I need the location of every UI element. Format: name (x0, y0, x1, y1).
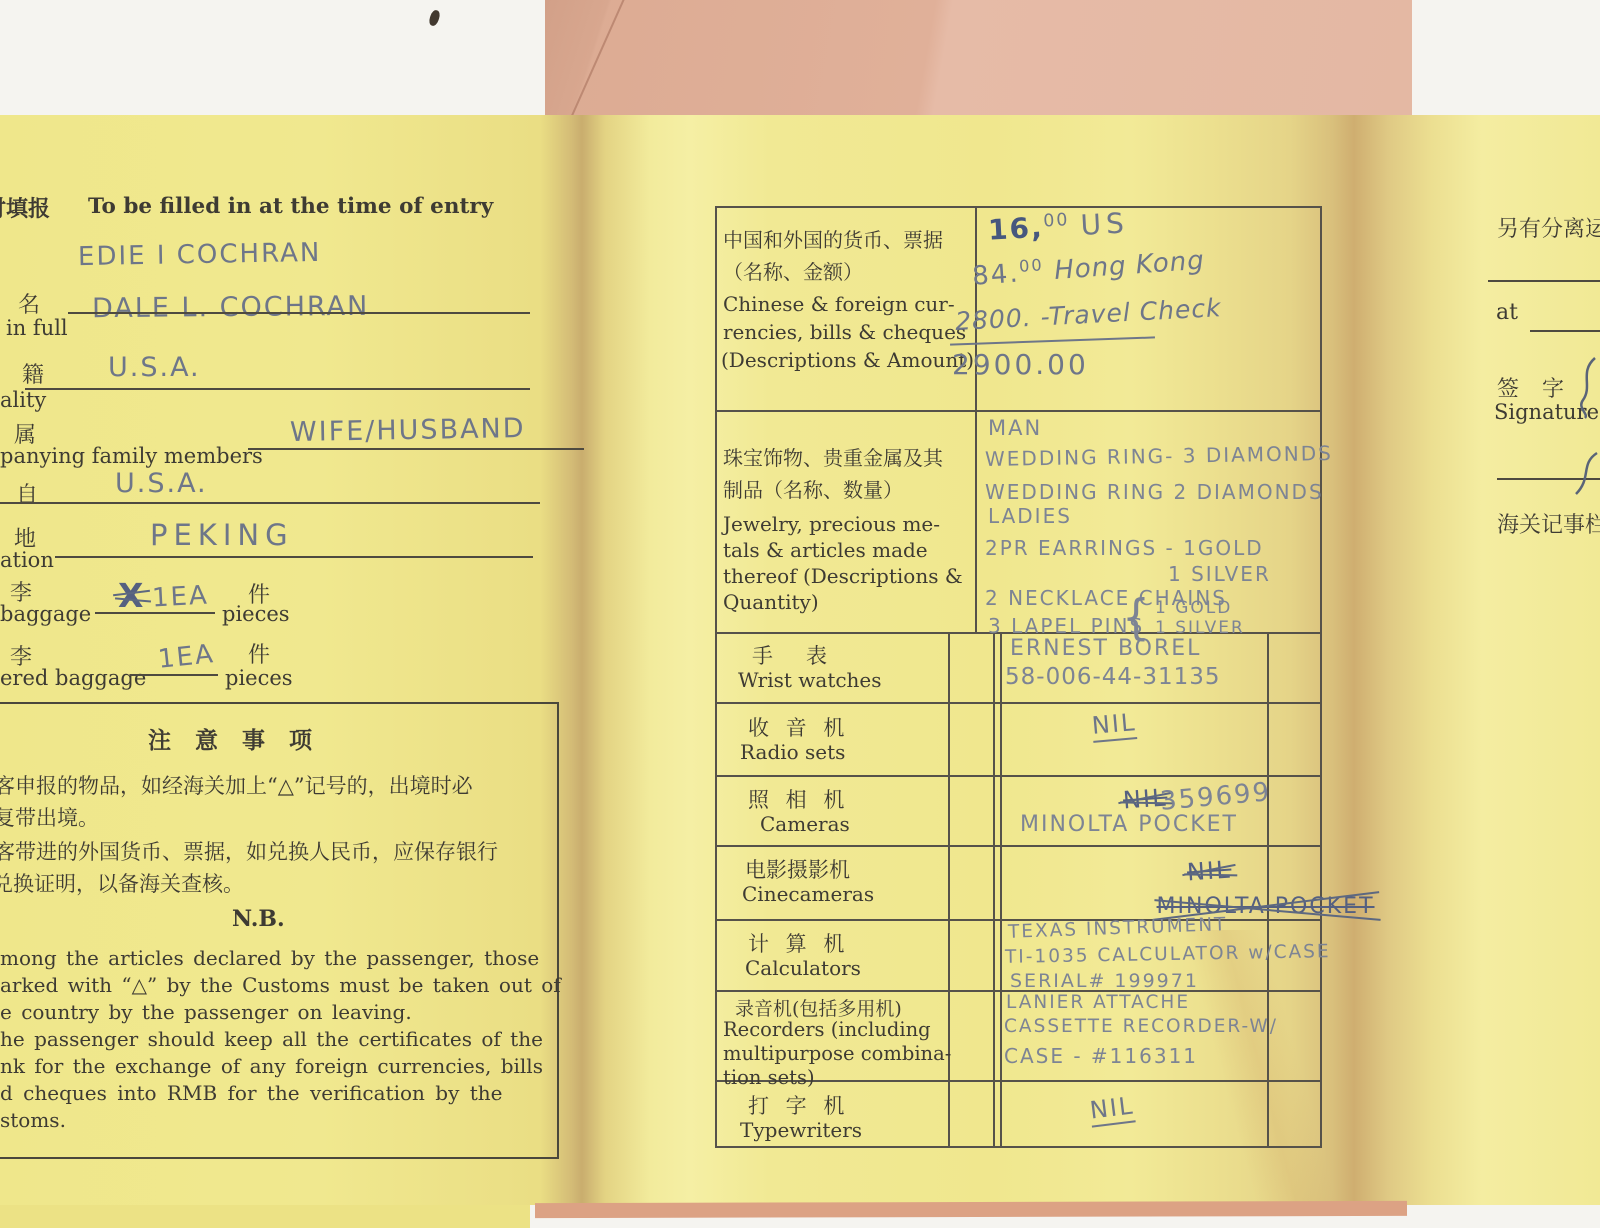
row-recorders-label-en1: Recorders (including (723, 1018, 931, 1041)
jewelry-value-10: 1 SILVER (1155, 618, 1245, 638)
registered-baggage-jian-cn: 件 (248, 638, 270, 669)
row-cinecameras-label-en: Cinecameras (742, 882, 874, 906)
hand-baggage-handwriting: 1EA (151, 581, 209, 614)
right-at-label: at (1496, 300, 1518, 325)
destination-label-en: ation (0, 548, 54, 572)
notice-cn-line3: 客带进的外国货币、票据，如兑换人民币，应保存银行 (0, 836, 498, 866)
customs-remarks-label-cn: 海关记事栏 (1497, 508, 1600, 539)
watches-value-2: 58-006-44-31135 (1005, 664, 1221, 690)
table-line-h (715, 206, 1322, 208)
registered-baggage-underline (130, 674, 218, 676)
table-line-v (1267, 632, 1269, 1146)
row-watches-label-cn: 手 表 (752, 640, 833, 670)
notice-en-line1: mong the articles declared by the passen… (0, 946, 539, 970)
currency-amount-2-value: 84. (971, 259, 1020, 292)
signature-label-cn: 签 字 (1497, 372, 1572, 403)
table-line-h (715, 775, 1322, 777)
from-handwriting: U.S.A. (115, 468, 208, 499)
row-recorders-label-en2: multipurpose combina- (723, 1042, 951, 1065)
notice-en-line6: d cheques into RMB for the verification … (0, 1081, 502, 1105)
cameras-model: MINOLTA POCKET (1020, 812, 1238, 837)
row-jewelry-label-cn2: 制品（名称、数量） (723, 474, 903, 503)
hand-baggage-label-en: baggage (0, 602, 91, 626)
name-line1-handwriting: EDIE I COCHRAN (78, 238, 322, 272)
row-currency-label-cn1: 中国和外国的货币、票据 (723, 224, 943, 253)
recorders-value-3: CASE - #116311 (1004, 1044, 1198, 1068)
row-cinecameras-label-cn: 电影摄影机 (745, 854, 850, 884)
registered-baggage-handwriting: 1EA (157, 639, 217, 675)
row-jewelry-label-en1: Jewelry, precious me- (723, 512, 940, 536)
currency-amount-1-cents: 00 (1043, 210, 1070, 231)
nationality-underline (25, 388, 530, 390)
row-currency-label-en3: (Descriptions & Amount) (721, 348, 974, 372)
destination-handwriting: PEKING (150, 518, 294, 552)
scanned-customs-declaration: 时填报 To be filled in at the time of entry… (0, 0, 1600, 1228)
row-jewelry-label-en3: thereof (Descriptions & (723, 564, 963, 588)
jewelry-value-4: LADIES (988, 504, 1072, 528)
row-typewriters-label-en: Typewriters (740, 1118, 862, 1142)
row-watches-label-en: Wrist watches (738, 668, 882, 692)
jewelry-value-5: 2PR EARRINGS - 1GOLD (985, 536, 1264, 560)
row-jewelry-label-en2: tals & articles made (723, 538, 928, 562)
cinecameras-crossed-out-nil: NIL (1186, 855, 1232, 886)
left-header-cn: 时填报 (0, 192, 50, 223)
notice-en-line5: nk for the exchange of any foreign curre… (0, 1054, 543, 1078)
table-line-v (1320, 206, 1322, 1148)
row-currency-label-en1: Chinese & foreign cur- (723, 292, 955, 316)
signature-ink-squiggle-2 (1570, 450, 1600, 498)
row-radio-label-cn: 收 音 机 (748, 712, 849, 742)
row-radio-label-en: Radio sets (740, 740, 845, 764)
table-line-h (715, 1146, 1322, 1148)
watches-value-1: ERNEST BOREL (1010, 636, 1201, 661)
row-currency-label-en2: rencies, bills & cheques (723, 320, 966, 344)
name-label-cn: 名 (18, 288, 40, 319)
currency-total: 2900.00 (952, 348, 1089, 381)
registered-baggage-pieces: pieces (225, 666, 293, 690)
row-cameras-label-cn: 照 相 机 (748, 784, 849, 814)
currency-amount-2-cents: 00 (1018, 255, 1044, 276)
recorders-value-1: LANIER ATTACHE (1006, 992, 1190, 1013)
row-calculators-label-en: Calculators (745, 956, 861, 980)
registered-baggage-label-en: ered baggage (0, 666, 146, 690)
notice-cn-line4: 兑换证明，以备海关查核。 (0, 868, 244, 898)
notice-en-line4: he passenger should keep all the certifi… (0, 1027, 543, 1051)
table-line-h (715, 845, 1322, 847)
notice-nb-heading: N.B. (232, 906, 285, 932)
jewelry-value-6: 1 SILVER (1168, 562, 1271, 586)
right-blank-line (1488, 280, 1600, 282)
row-recorders-label-cn: 录音机(包括多用机) (735, 994, 902, 1021)
name-line2-handwriting: DALE L. COCHRAN (92, 291, 370, 324)
row-jewelry-label-en4: Quantity) (723, 590, 819, 614)
recorders-value-2: CASSETTE RECORDER-W/ (1004, 1016, 1278, 1037)
from-underline (0, 502, 540, 504)
table-line-h (715, 410, 1322, 412)
nationality-label-en: ality (0, 388, 46, 412)
destination-underline (55, 556, 533, 558)
table-line-v (993, 632, 995, 1146)
table-line-v (948, 632, 950, 1146)
pink-folder-fold-shade (545, 0, 665, 118)
name-label-en: in full (6, 316, 68, 340)
table-line-h (715, 702, 1322, 704)
row-cameras-label-en: Cameras (760, 812, 850, 836)
notice-en-line2: arked with “△” by the Customs must be ta… (0, 973, 561, 997)
notice-cn-line1: 客申报的物品，如经海关加上“△”记号的，出境时必 (0, 770, 473, 800)
nationality-handwriting: U.S.A. (108, 352, 201, 383)
family-label-en: panying family members (0, 444, 263, 468)
jewelry-value-9: 1 GOLD (1155, 598, 1232, 618)
notice-en-line7: stoms. (0, 1108, 66, 1132)
currency-amount-1-unit: US (1080, 206, 1130, 241)
jewelry-value-8: 3 LAPEL PINS (988, 614, 1144, 638)
radio-value-nil: NIL (1091, 708, 1138, 743)
pink-folder-top (545, 0, 1412, 118)
family-underline (248, 448, 584, 450)
left-header-title: To be filled in at the time of entry (88, 194, 493, 219)
hand-baggage-underline (95, 612, 215, 614)
from-label-cn: 自 (16, 478, 38, 509)
row-currency-label-cn2: （名称、金额） (723, 256, 863, 285)
signature-ink-squiggle (1573, 356, 1600, 420)
family-handwriting: WIFE/HUSBAND (290, 413, 526, 448)
calculators-value-3: SERIAL# 199971 (1010, 970, 1199, 992)
pink-folder-bottom (535, 1201, 1407, 1218)
paper-left-bottom-extension (0, 1205, 530, 1228)
jewelry-value-3: WEDDING RING 2 DIAMONDS (985, 480, 1324, 504)
currency-amount-1-value: 16, (987, 211, 1044, 247)
notice-en-line3: e country by the passenger on leaving. (0, 1000, 412, 1024)
typewriters-value-nil: NIL (1088, 1091, 1136, 1127)
right-at-line (1530, 330, 1600, 332)
name-underline (68, 312, 530, 314)
row-typewriters-label-cn: 打 字 机 (748, 1090, 849, 1120)
scan-speck (428, 9, 442, 27)
table-line-v (1000, 632, 1002, 1146)
hand-baggage-pieces: pieces (222, 602, 290, 626)
row-recorders-label-en3: tion sets) (723, 1066, 815, 1089)
table-line-v (715, 206, 717, 1148)
notice-title: 注 意 事 项 (148, 722, 320, 755)
row-jewelry-label-cn1: 珠宝饰物、贵重金属及其 (723, 442, 943, 471)
hand-baggage-crossed-out: X (118, 576, 145, 615)
nationality-label-cn: 籍 (22, 358, 44, 389)
jewelry-value-1: MAN (988, 416, 1042, 440)
right-separate-baggage-cn: 另有分离运 (1497, 212, 1600, 243)
notice-cn-line2: 复带出境。 (0, 802, 99, 832)
row-calculators-label-cn: 计 算 机 (748, 928, 849, 958)
